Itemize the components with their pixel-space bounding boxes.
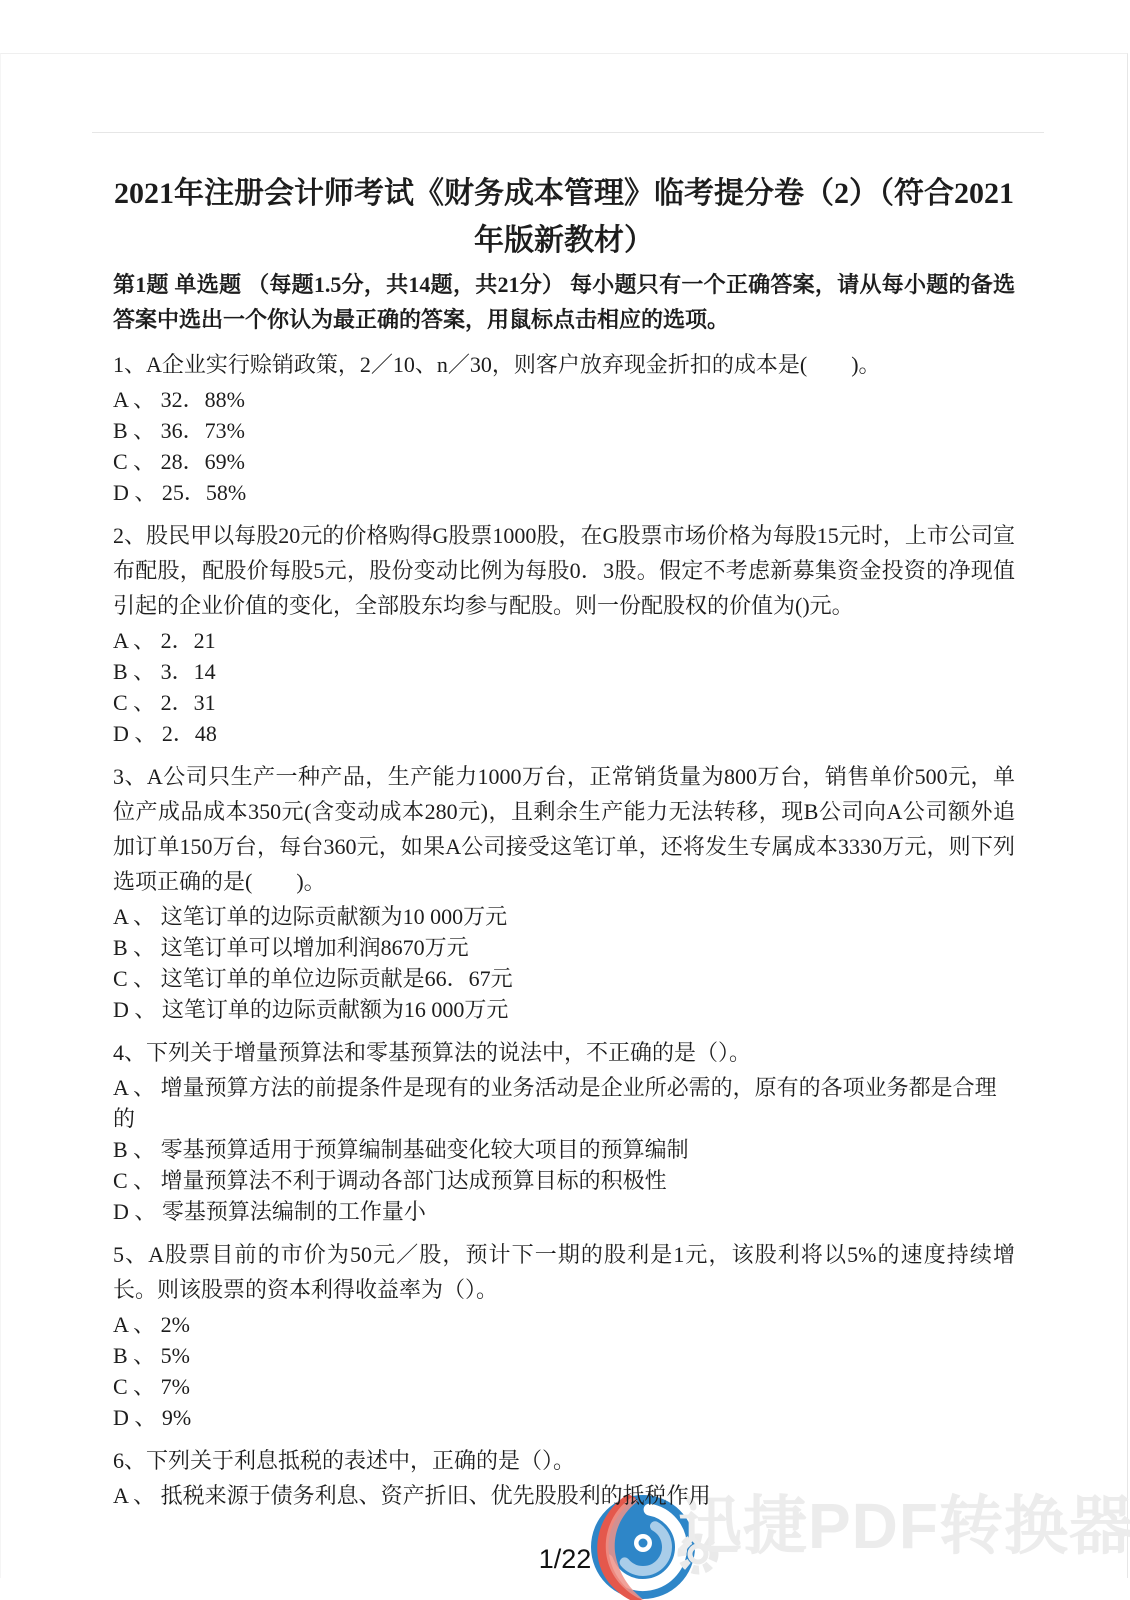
option-c[interactable]: C 、 28．69%	[113, 446, 1015, 477]
option-b[interactable]: B 、 5%	[113, 1340, 1015, 1371]
option-d[interactable]: D 、 9%	[113, 1402, 1015, 1433]
question-6: 6、下列关于利息抵税的表述中，正确的是（）。 A 、 抵税来源于债务利息、资产折…	[113, 1443, 1015, 1511]
option-list: A 、 2．21 B 、 3．14 C 、 2．31 D 、 2．48	[113, 625, 1015, 749]
option-a[interactable]: A 、 抵税来源于债务利息、资产折旧、优先股股利的抵税作用	[113, 1480, 1015, 1511]
option-a[interactable]: A 、 这笔订单的边际贡献额为10 000万元	[113, 901, 1015, 932]
option-b[interactable]: B 、 这笔订单可以增加利润8670万元	[113, 932, 1015, 963]
document-content: 2021年注册会计师考试《财务成本管理》临考提分卷（2）（符合2021年版新教材…	[113, 0, 1015, 1511]
question-stem: 2、股民甲以每股20元的价格购得G股票1000股，在G股票市场价格为每股15元时…	[113, 518, 1015, 623]
option-a[interactable]: A 、 2．21	[113, 625, 1015, 656]
question-1: 1、A企业实行赊销政策，2／10、n／30，则客户放弃现金折扣的成本是( )。 …	[113, 347, 1015, 508]
option-a[interactable]: A 、 增量预算方法的前提条件是现有的业务活动是企业所必需的，原有的各项业务都是…	[113, 1072, 1015, 1134]
option-list: A 、 2% B 、 5% C 、 7% D 、 9%	[113, 1309, 1015, 1433]
option-d[interactable]: D 、 零基预算法编制的工作量小	[113, 1196, 1015, 1227]
question-3: 3、A公司只生产一种产品，生产能力1000万台，正常销货量为800万台，销售单价…	[113, 759, 1015, 1025]
question-stem: 5、A股票目前的市价为50元／股，预计下一期的股利是1元，该股利将以5%的速度持…	[113, 1237, 1015, 1307]
option-d[interactable]: D 、 2．48	[113, 718, 1015, 749]
option-c[interactable]: C 、 2．31	[113, 687, 1015, 718]
option-b[interactable]: B 、 36．73%	[113, 415, 1015, 446]
question-5: 5、A股票目前的市价为50元／股，预计下一期的股利是1元，该股利将以5%的速度持…	[113, 1237, 1015, 1433]
option-a[interactable]: A 、 32．88%	[113, 384, 1015, 415]
page-number: 1/22	[0, 1544, 1130, 1575]
option-list: A 、 抵税来源于债务利息、资产折旧、优先股股利的抵税作用	[113, 1480, 1015, 1511]
option-c[interactable]: C 、 7%	[113, 1371, 1015, 1402]
question-2: 2、股民甲以每股20元的价格购得G股票1000股，在G股票市场价格为每股15元时…	[113, 518, 1015, 749]
question-4: 4、下列关于增量预算法和零基预算法的说法中，不正确的是（）。 A 、 增量预算方…	[113, 1035, 1015, 1227]
option-list: A 、 增量预算方法的前提条件是现有的业务活动是企业所必需的，原有的各项业务都是…	[113, 1072, 1015, 1227]
page-title: 2021年注册会计师考试《财务成本管理》临考提分卷（2）（符合2021年版新教材…	[113, 170, 1015, 264]
option-d[interactable]: D 、 这笔订单的边际贡献额为16 000万元	[113, 994, 1015, 1025]
option-d[interactable]: D 、 25．58%	[113, 477, 1015, 508]
option-a[interactable]: A 、 2%	[113, 1309, 1015, 1340]
question-stem: 4、下列关于增量预算法和零基预算法的说法中，不正确的是（）。	[113, 1035, 1015, 1070]
option-c[interactable]: C 、 这笔订单的单位边际贡献是66．67元	[113, 963, 1015, 994]
question-stem: 3、A公司只生产一种产品，生产能力1000万台，正常销货量为800万台，销售单价…	[113, 759, 1015, 899]
question-stem: 6、下列关于利息抵税的表述中，正确的是（）。	[113, 1443, 1015, 1478]
option-b[interactable]: B 、 零基预算适用于预算编制基础变化较大项目的预算编制	[113, 1134, 1015, 1165]
option-list: A 、 32．88% B 、 36．73% C 、 28．69% D 、 25．…	[113, 384, 1015, 508]
question-stem: 1、A企业实行赊销政策，2／10、n／30，则客户放弃现金折扣的成本是( )。	[113, 347, 1015, 382]
document-page: 迅捷PDF转换器 2021年注册会计师考试《财务成本管理》临考提分卷（2）（符合…	[0, 0, 1130, 1600]
option-c[interactable]: C 、 增量预算法不利于调动各部门达成预算目标的积极性	[113, 1165, 1015, 1196]
section-header: 第1题 单选题 （每题1.5分，共14题，共21分） 每小题只有一个正确答案，请…	[113, 267, 1015, 337]
option-b[interactable]: B 、 3．14	[113, 656, 1015, 687]
option-list: A 、 这笔订单的边际贡献额为10 000万元 B 、 这笔订单可以增加利润86…	[113, 901, 1015, 1025]
